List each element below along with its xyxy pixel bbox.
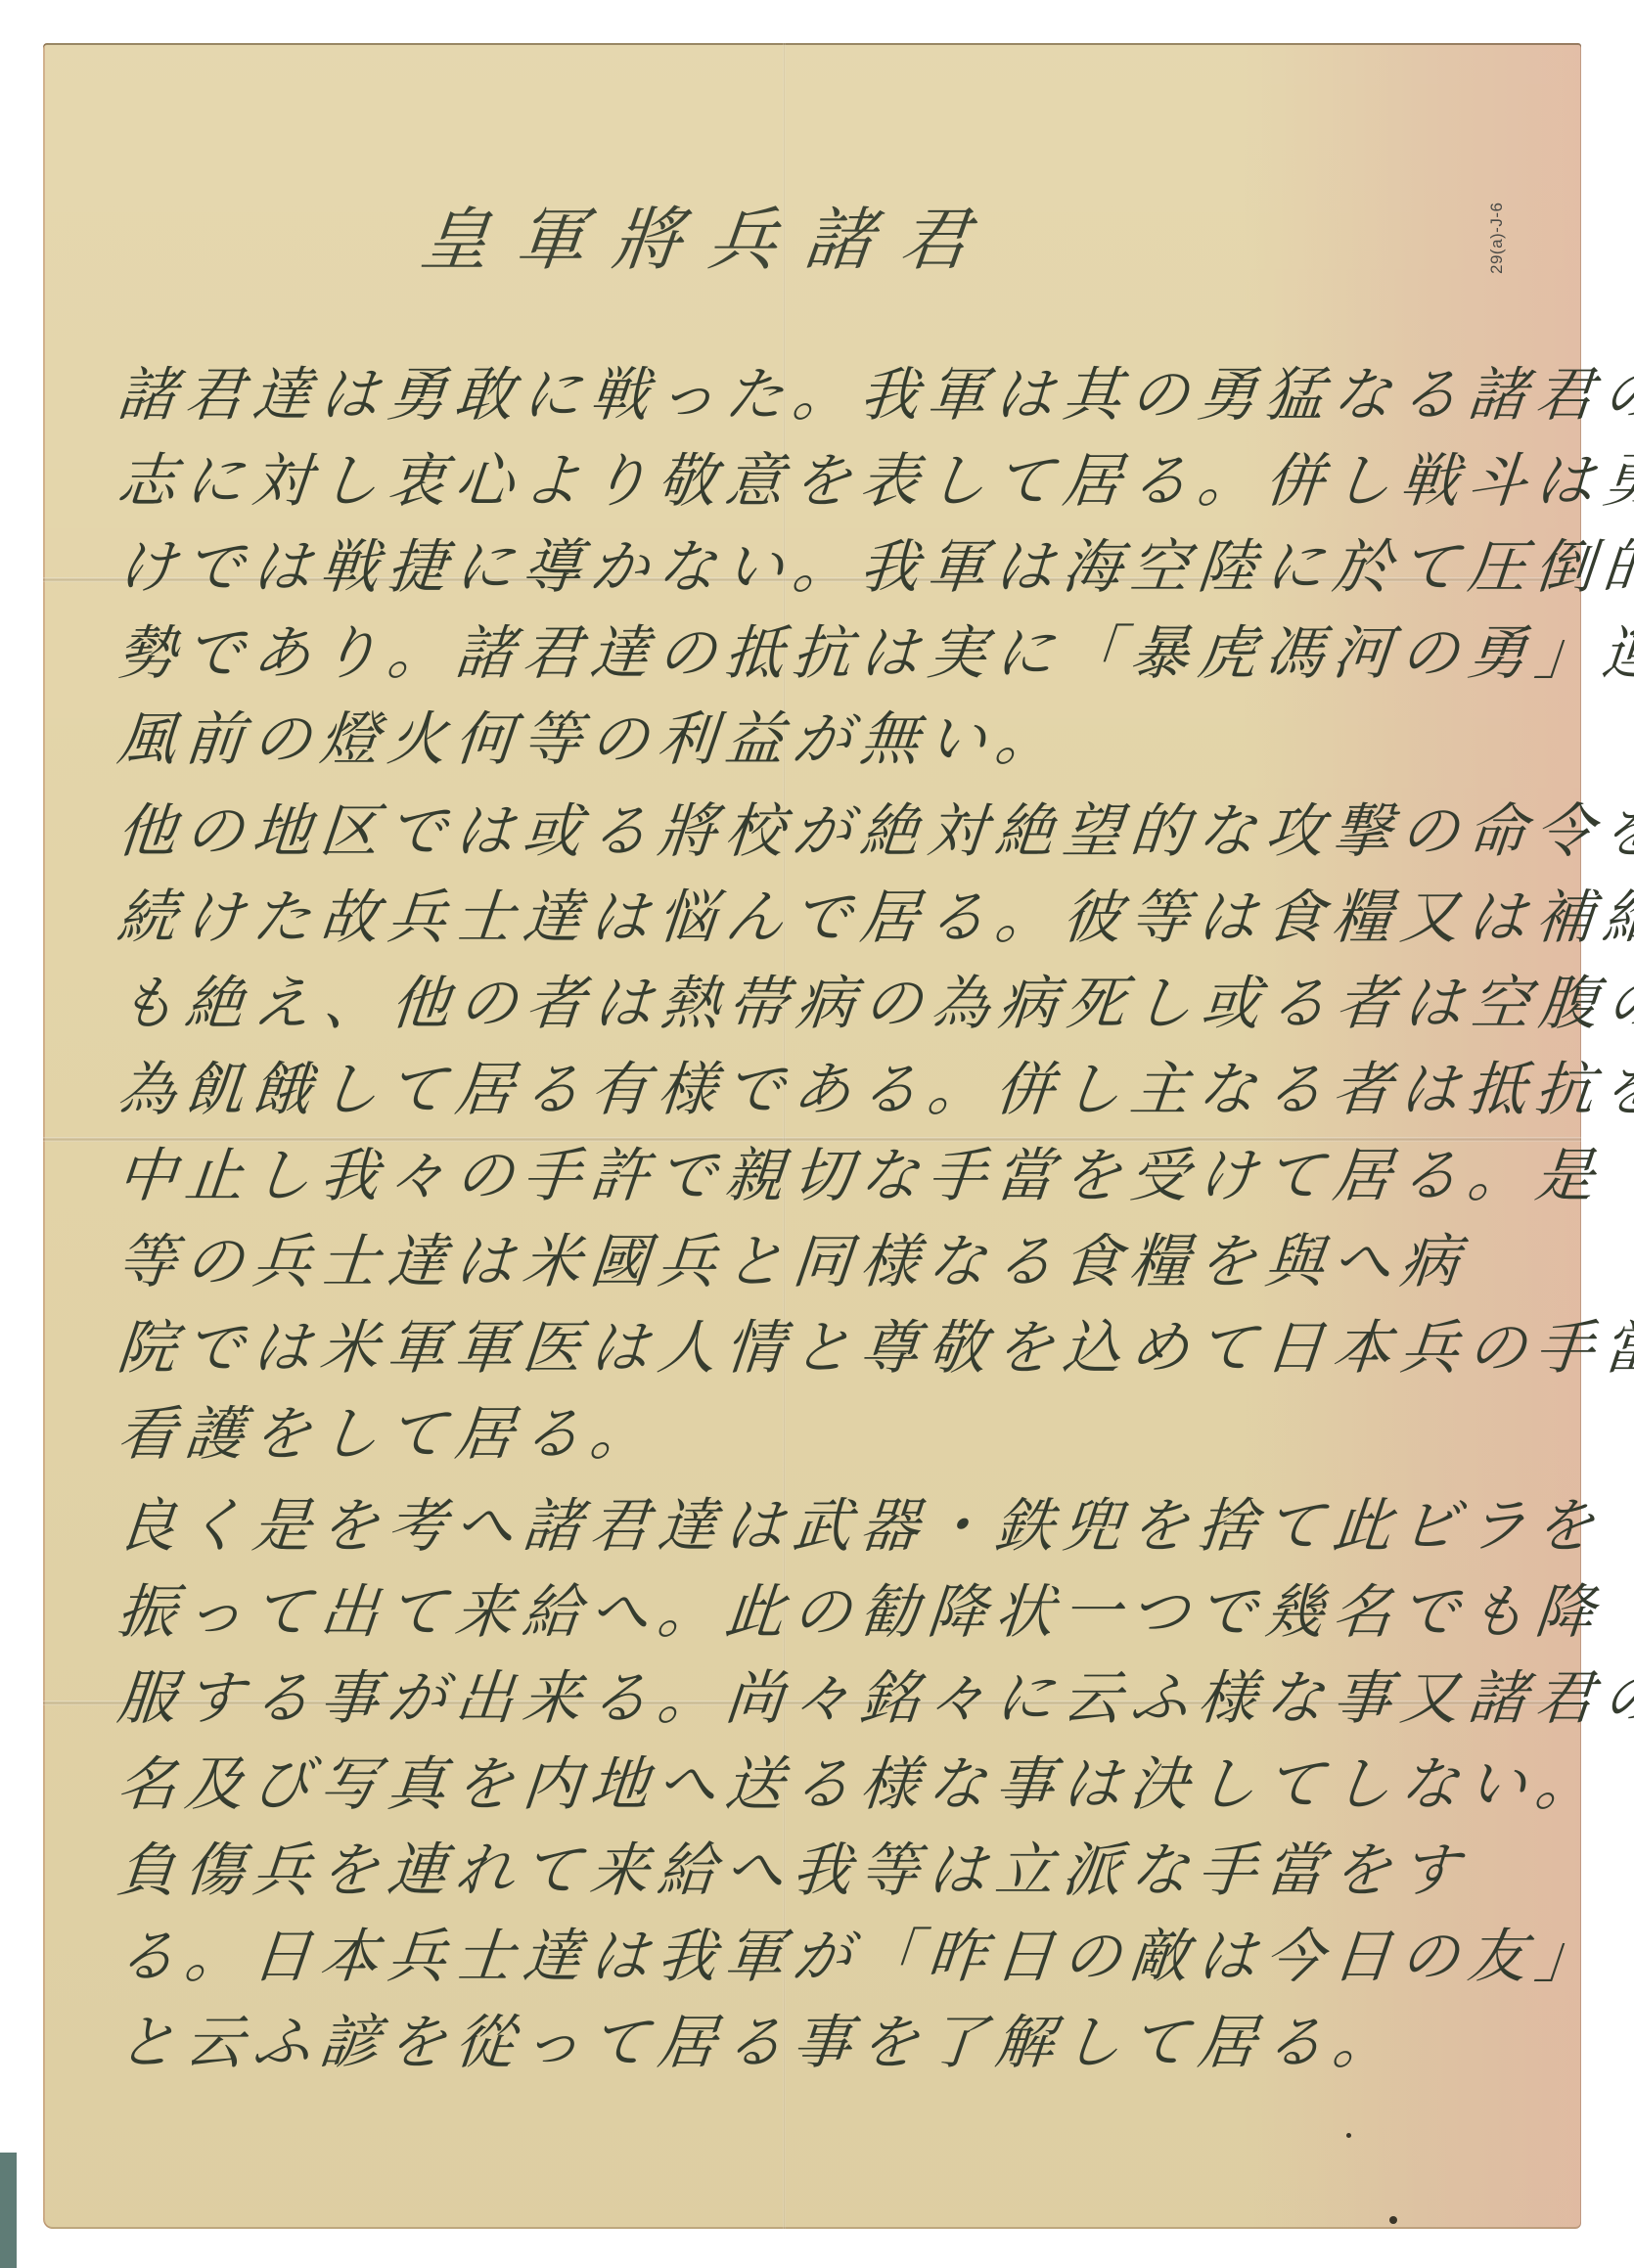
paper-speck xyxy=(1389,2216,1397,2224)
text-line: 負傷兵を連れて来給へ我等は立派な手當をす xyxy=(113,1828,1569,1914)
text-line: 良く是を考へ諸君達は武器・鉄兜を捨て此ビラを xyxy=(113,1483,1569,1569)
text-line: 看護をして居る。 xyxy=(113,1391,1569,1477)
leaflet-body: 諸君達は勇敢に戦った。我軍は其の勇猛なる諸君の闘 志に対し衷心より敬意を表して居… xyxy=(117,352,1566,2086)
text-line: も絶え、他の者は熱帯病の為病死し或る者は空腹の xyxy=(113,961,1569,1047)
text-line: る。日本兵士達は我軍が「昨日の敵は今日の友」 xyxy=(113,1914,1569,2000)
text-line: 等の兵士達は米國兵と同様なる食糧を與へ病 xyxy=(113,1219,1569,1305)
text-line: 振って出て来給へ。此の勧降状一つで幾名でも降 xyxy=(113,1569,1569,1656)
catalog-number: 29(a)-J-6 xyxy=(1487,186,1517,274)
text-line: 中止し我々の手許で親切な手當を受けて居る。是 xyxy=(113,1133,1569,1219)
leaflet-title: 皇軍將兵諸君 xyxy=(415,181,1112,298)
scanner-edge xyxy=(0,2153,17,2268)
text-line: 志に対し衷心より敬意を表して居る。併し戦斗は勇気だ xyxy=(113,438,1569,524)
text-line: けでは戦捷に導かない。我軍は海空陸に於て圧倒的優 xyxy=(113,524,1569,611)
text-line: と云ふ諺を從って居る事を了解して居る。 xyxy=(113,2000,1569,2086)
text-line: 諸君達は勇敢に戦った。我軍は其の勇猛なる諸君の闘 xyxy=(113,352,1569,438)
text-line: 院では米軍軍医は人情と尊敬を込めて日本兵の手當 xyxy=(113,1305,1569,1391)
text-line: 為飢餓して居る有様である。併し主なる者は抵抗を xyxy=(113,1047,1569,1133)
text-line: 勢であり。諸君達の抵抗は実に「暴虎馮河の勇」運命は xyxy=(113,611,1569,697)
text-line: 風前の燈火何等の利益が無い。 xyxy=(113,697,1569,783)
paper-speck xyxy=(1346,2133,1351,2138)
text-line: 名及び写真を内地へ送る様な事は決してしない。 xyxy=(113,1742,1569,1828)
text-line: 続けた故兵士達は悩んで居る。彼等は食糧又は補給 xyxy=(113,875,1569,961)
text-line: 服する事が出来る。尚々銘々に云ふ様な事又諸君の姓 xyxy=(113,1656,1569,1742)
text-line: 他の地区では或る將校が絶対絶望的な攻撃の命令を xyxy=(113,789,1569,875)
